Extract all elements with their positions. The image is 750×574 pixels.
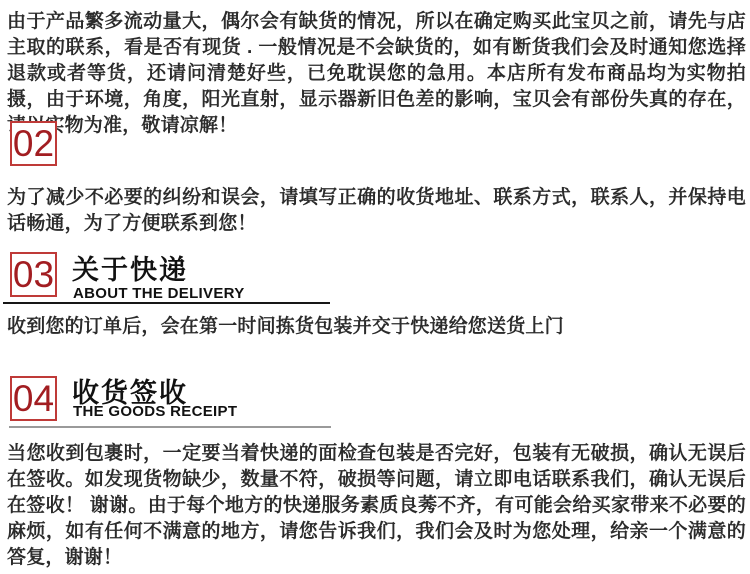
section-03-subtitle: ABOUT THE DELIVERY <box>73 286 245 301</box>
section-02-number-badge: 02 <box>10 121 57 166</box>
delivery-info-paragraph: 收到您的订单后，会在第一时间拣货包装并交于快递给您送货上门 <box>7 314 746 340</box>
section-03-number-badge: 03 <box>10 252 57 297</box>
section-04-number-badge: 04 <box>10 376 57 421</box>
goods-receipt-paragraph: 当您收到包裹时，一定要当着快递的面检查包装是否完好，包装有无破损，确认无误后在签… <box>7 441 746 571</box>
section-03-title: 关于快递 <box>72 256 188 284</box>
stock-notice-paragraph: 由于产品繁多流动量大，偶尔会有缺货的情况，所以在确定购买此宝贝之前，请先与店主取… <box>7 9 746 139</box>
section-03-number: 03 <box>13 254 54 295</box>
section-02-number: 02 <box>13 123 54 164</box>
section-03-divider <box>3 302 330 304</box>
address-info-paragraph: 为了减少不必要的纠纷和误会，请填写正确的收货地址、联系方式，联系人，并保持电话畅… <box>7 185 746 237</box>
section-04-number: 04 <box>13 378 54 419</box>
section-04-divider <box>9 426 331 428</box>
section-04-subtitle: THE GOODS RECEIPT <box>73 404 237 419</box>
product-info-page: 由于产品繁多流动量大，偶尔会有缺货的情况，所以在确定购买此宝贝之前，请先与店主取… <box>0 0 750 574</box>
